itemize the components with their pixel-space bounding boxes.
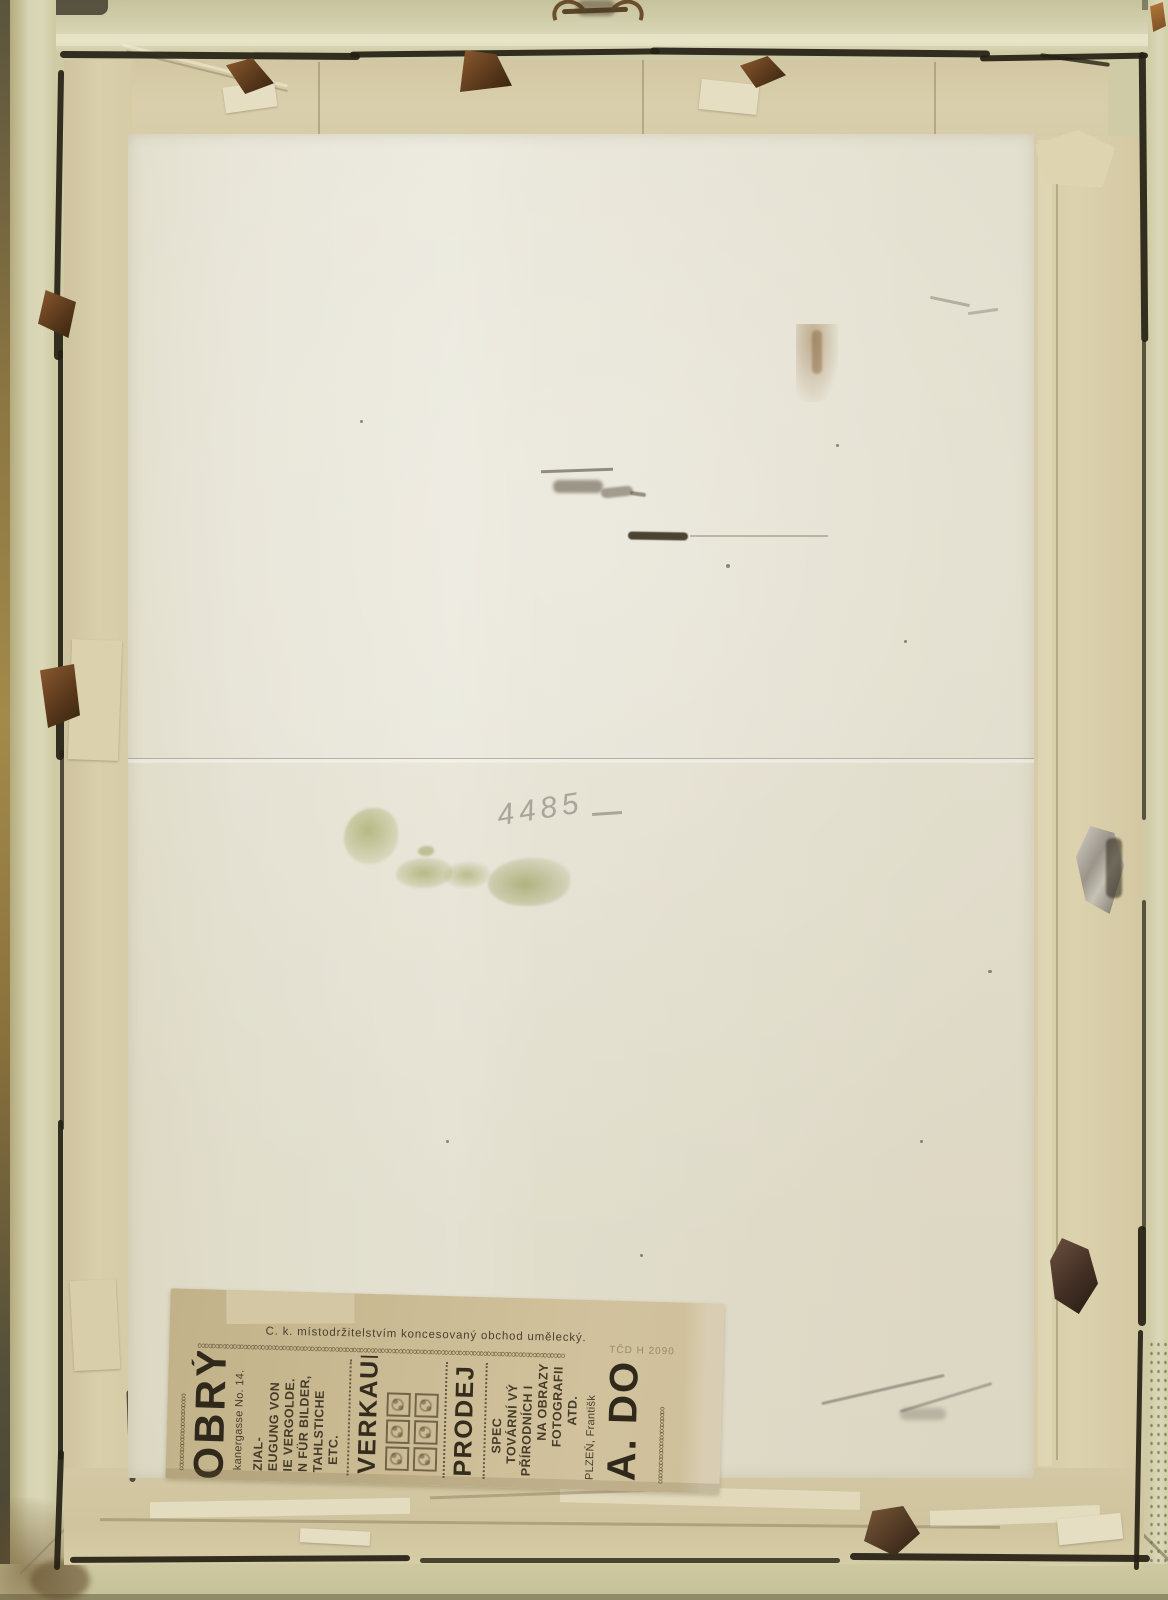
tape-patch-over-label [226, 1288, 354, 1324]
label-address-right: PLZEŇ, Františk [584, 1362, 600, 1480]
label-german-line: ETC. [326, 1355, 344, 1465]
stain-green-speck [418, 846, 434, 856]
rebate-gap-left [58, 1120, 63, 1460]
stain-green-blob [488, 858, 570, 906]
glazier-point-top-2 [460, 50, 512, 92]
framed-picture-back-photo: 4485 C. k. místodržitelstvím koncesovaný… [0, 0, 1168, 1600]
label-czech-line: FOTOGRAFII [549, 1361, 566, 1447]
label-dotted-rule [347, 1359, 352, 1475]
fly-speck [904, 640, 907, 643]
ink-dash [628, 531, 688, 540]
smudge-blob [553, 480, 603, 493]
hanging-loop-smear [576, 0, 616, 16]
fly-speck [726, 564, 730, 568]
rebate-gap-bottom [420, 1558, 840, 1563]
tape-seam [934, 62, 936, 136]
stain-green-blob [344, 808, 398, 864]
tape-seam [318, 62, 320, 136]
stain-brown-drip-core [812, 330, 822, 374]
fly-speck [836, 444, 839, 447]
paper-tear-under-point [699, 79, 760, 115]
fly-speck [640, 1254, 643, 1257]
ornament-tile-icon [413, 1447, 438, 1472]
rebate-gap-left [60, 750, 64, 1130]
tape-crease-right [1038, 140, 1052, 1466]
ornament-tile-icon [385, 1446, 410, 1471]
ornament-tile-icon [386, 1392, 411, 1417]
label-prodej-text: PRODEJ [449, 1364, 480, 1477]
fly-speck [360, 420, 363, 423]
foil-fastener-shadow [1106, 838, 1122, 898]
fly-speck [446, 1140, 449, 1143]
frame-rail-left [10, 0, 56, 1600]
frame-rail-top-ridge [0, 34, 1168, 46]
pencil-smudge-blob [900, 1408, 946, 1420]
label-dotted-rule [443, 1362, 448, 1478]
label-ornament-tiles-row [385, 1356, 412, 1471]
ink-dash-tail [690, 535, 828, 537]
torn-paper-flap-left-lower [70, 1279, 121, 1371]
rebate-gap-right [1138, 1226, 1146, 1326]
rebate-gap-left [58, 350, 63, 680]
rebate-gap-top [60, 51, 360, 60]
label-czech-line: ATD. [565, 1361, 582, 1425]
label-big-name-right: A. DO [601, 1362, 646, 1481]
ornament-tile-icon [414, 1420, 439, 1445]
frame-bottom-edge-shadow [0, 1594, 1168, 1600]
label-ornament-tiles-row [413, 1357, 440, 1472]
label-big-name-left: OBRÝ [188, 1351, 232, 1480]
tape-border-top [62, 60, 1108, 138]
ornament-tile-icon [414, 1393, 439, 1418]
fly-speck [988, 970, 992, 973]
rebate-gap-right [1142, 340, 1146, 820]
rebate-gap-right [1142, 900, 1146, 1230]
tape-seam [642, 60, 644, 136]
label-address-left: kanergasse No. 14. [232, 1352, 248, 1470]
label-prodej: PRODEJ O [449, 1358, 480, 1477]
rebate-gap-right [1139, 52, 1149, 342]
label-verkauf: VERKAUF [353, 1355, 384, 1474]
label-chain-border-right: ∞∞∞∞∞∞∞∞∞∞∞∞ [654, 1364, 670, 1484]
fly-speck [920, 1140, 923, 1143]
label-rotated-content: ∞∞∞∞∞∞∞∞∞∞∞∞ OBRÝ kanergasse No. 14. ZIA… [176, 1351, 693, 1485]
ornament-tile-icon [386, 1419, 411, 1444]
label-czech-line: PŘÍRODNÍCH I [519, 1360, 537, 1476]
frame-outer-edge-left [0, 0, 10, 1600]
stain-green-blob [444, 862, 490, 888]
dealer-label: C. k. místodržitelstvím koncesovaný obch… [165, 1288, 724, 1493]
hanging-loop [548, 0, 644, 30]
label-dotted-rule [483, 1363, 488, 1479]
